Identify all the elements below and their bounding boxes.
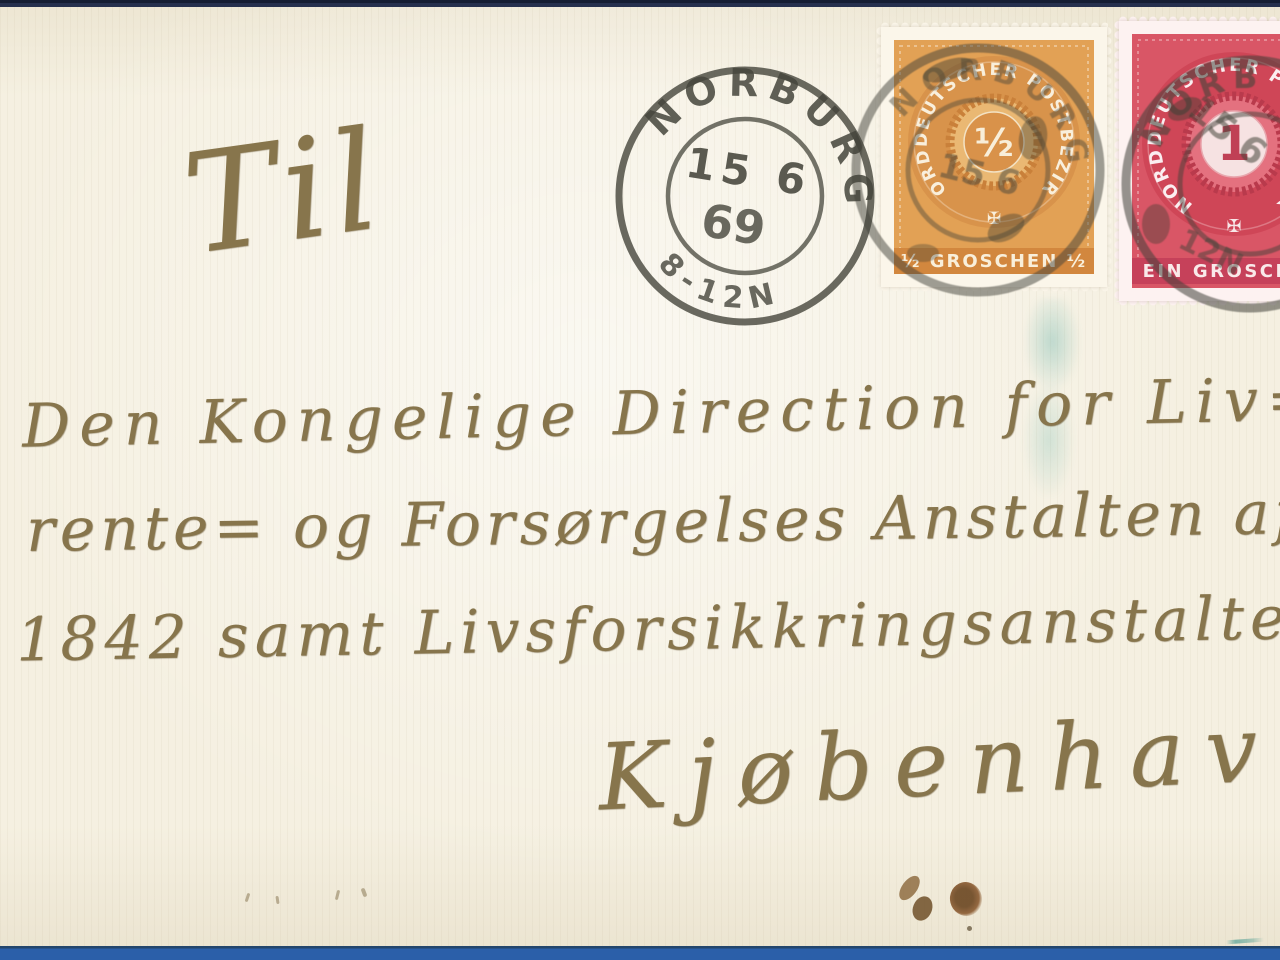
cancellation-left: NORBURG 15 6	[828, 18, 1128, 318]
handwriting-salutation: Til	[175, 99, 394, 286]
postmark-year-text: 69	[698, 193, 770, 256]
ink-stain	[946, 879, 985, 920]
handwriting-city: Kjøbenhavn	[596, 691, 1280, 831]
handwriting-address-line-1: Den Kongelige Direction for Liv=	[21, 364, 1280, 461]
paper-speck	[275, 896, 279, 904]
ink-dot	[967, 926, 972, 931]
handwriting-address-line-3: 1842 samt Livsforsikkringsanstalten	[15, 582, 1280, 675]
teal-pen-scratch	[1226, 938, 1264, 945]
scan-edge-top	[0, 0, 1280, 7]
postmark-date-text: 15 6	[683, 138, 815, 206]
scan-edge-bottom	[0, 946, 1280, 960]
letter-cover-scan: Til Den Kongelige Direction for Liv= ren…	[0, 0, 1280, 960]
cancel-date-fragment: 15 6	[934, 146, 1024, 205]
cancellation-right: NORB 15 6 12N	[1090, 14, 1280, 344]
cancel-time-fragment: 12N	[1173, 222, 1248, 283]
paper-speck	[245, 893, 251, 902]
paper-speck	[335, 890, 340, 900]
handwriting-address-line-2: rente= og Forsørgelses Anstalten af	[26, 478, 1280, 566]
ink-stain	[909, 893, 936, 923]
paper-speck	[361, 888, 368, 898]
